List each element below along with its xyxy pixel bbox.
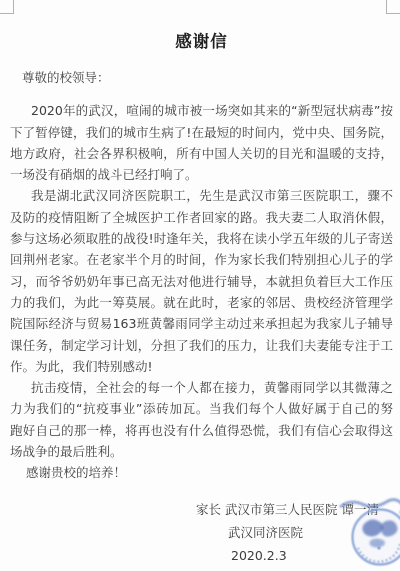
paragraph-4: 感谢贵校的培养！ bbox=[10, 462, 393, 483]
letter-content: 感谢信 尊敬的校领导： 2020年的武汉，喧闹的城市被一场突如其来的“新型冠状病… bbox=[10, 0, 393, 567]
paragraph-line: 力为我们的“抗疫事业”添砖加瓦。当我们每个人做好属于自己的努力， bbox=[10, 398, 393, 419]
paragraph-2: 我是湖北武汉同济医院职工，先生是武汉市第三医院职工，骤不 及防的疫情阻断了全城医… bbox=[10, 185, 393, 377]
paragraph-line: 跑好自己的那一棒，将再也没有什么值得恐慌，我们有信心会取得这 bbox=[10, 420, 393, 441]
letter-title: 感谢信 bbox=[10, 31, 393, 52]
paragraph-line: 抗击疫情，全社会的每一个人都在接力，黄馨雨同学以其微薄之 bbox=[10, 377, 393, 398]
letter-page: 感谢信 尊敬的校领导： 2020年的武汉，喧闹的城市被一场突如其来的“新型冠状病… bbox=[0, 0, 400, 571]
paragraph-line: 2020年的武汉，喧闹的城市被一场突如其来的“新型冠状病毒”按 bbox=[10, 100, 393, 121]
paragraph-3: 抗击疫情，全社会的每一个人都在接力，黄馨雨同学以其微薄之 力为我们的“抗疫事业”… bbox=[10, 377, 393, 462]
paragraph-line: 及防的疫情阻断了全城医护工作者回家的路。我夫妻二人取消休假， bbox=[10, 207, 393, 228]
salutation: 尊敬的校领导： bbox=[10, 67, 393, 88]
closing-thanks-line: 感谢贵校的培养！ bbox=[10, 462, 393, 483]
paragraph-line: 我是湖北武汉同济医院职工，先生是武汉市第三医院职工，骤不 bbox=[10, 185, 393, 206]
paragraph-line: 场战争的最后胜利。 bbox=[10, 441, 393, 462]
date-line: 2020.2.3 bbox=[10, 544, 393, 567]
paragraph-line: 参与这场必须取胜的战役!时逢年关，我将在读小学五年级的儿子寄送 bbox=[10, 228, 393, 249]
paragraph-line: 回荆州老家。在老家半个月的时间，作为家长我们特别担心儿子的学 bbox=[10, 249, 393, 270]
paragraph-line: 地方政府，社会各界积极响，所有中国人关切的目光和温暖的支持， bbox=[10, 143, 393, 164]
hospital-line: 武汉同济医院 bbox=[10, 521, 393, 544]
paragraph-line: 习，而爷爷奶奶年事已高无法对他进行辅导，本就担负着巨大工作压 bbox=[10, 271, 393, 292]
paragraph-line: 院国际经济与贸易163班黄馨雨同学主动过来承担起为我家儿子辅导功 bbox=[10, 313, 393, 334]
paragraph-line: 下了暂停键，我们的城市生病了!在最短的时间内，党中央、国务院， bbox=[10, 122, 393, 143]
paragraph-1: 2020年的武汉，喧闹的城市被一场突如其来的“新型冠状病毒”按 下了暂停键，我们… bbox=[10, 100, 393, 185]
paragraph-line: 课任务，制定学习计划，分担了我们的压力，让我们夫妻能专注于工 bbox=[10, 335, 393, 356]
signature-block: 家长 武汉市第三人民医院 谭一清 武汉同济医院 2020.2.3 bbox=[10, 498, 393, 567]
paragraph-line: 作。为此，我们特别感动! bbox=[10, 356, 393, 377]
paragraph-line: 一场没有硝烟的战斗已经打响了。 bbox=[10, 164, 393, 185]
paragraph-line: 力的我们，为此一筹莫展。就在此时，老家的邻居、贵校经济管理学 bbox=[10, 292, 393, 313]
letter-body: 2020年的武汉，喧闹的城市被一场突如其来的“新型冠状病毒”按 下了暂停键，我们… bbox=[10, 100, 393, 483]
signer-line: 家长 武汉市第三人民医院 谭一清 bbox=[10, 498, 393, 521]
